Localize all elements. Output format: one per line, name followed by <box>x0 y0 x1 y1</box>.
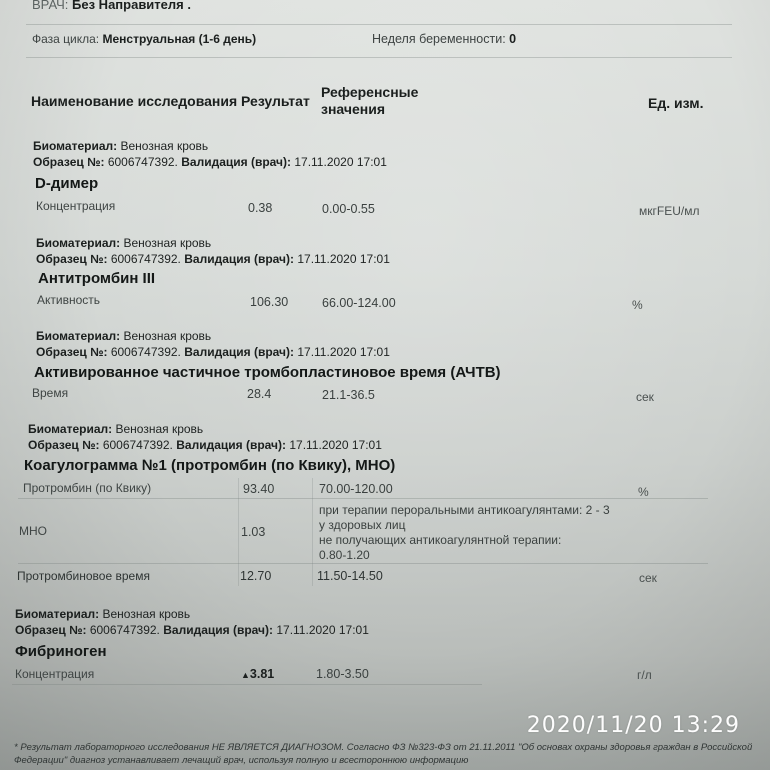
section-meta: Биоматериал: Венозная кровь Образец №: 6… <box>15 606 369 638</box>
column-header-reference: Референсные значения <box>321 84 441 118</box>
section-meta: Биоматериал: Венозная кровь Образец №: 6… <box>36 235 390 267</box>
arrow-up-icon: ▲ <box>241 670 250 680</box>
validation-value: 17.11.2020 17:01 <box>289 438 382 452</box>
sample-label: Образец №: <box>15 623 86 637</box>
cycle-phase: Фаза цикла: Менструальная (1-6 день) <box>32 32 256 46</box>
validation-label: Валидация (врач): <box>176 438 286 452</box>
disclaimer: * Результат лабораторного исследования Н… <box>14 741 754 767</box>
row-result: 93.40 <box>243 482 274 496</box>
row-result-flagged: ▲3.81 <box>241 667 274 681</box>
reference-line: при терапии пероральными антикоагулянтам… <box>319 503 659 518</box>
row-result: 0.38 <box>248 201 272 215</box>
divider <box>18 563 708 564</box>
validation-value: 17.11.2020 17:01 <box>294 155 387 169</box>
divider <box>18 498 708 499</box>
biomaterial-value: Венозная кровь <box>123 329 211 343</box>
doctor-label: ВРАЧ: <box>32 0 68 12</box>
biomaterial-label: Биоматериал: <box>15 607 99 621</box>
section-meta: Биоматериал: Венозная кровь Образец №: 6… <box>33 138 387 170</box>
reference-line: 0.80-1.20 <box>319 548 659 563</box>
sample-label: Образец №: <box>36 345 107 359</box>
validation-label: Валидация (врач): <box>184 252 294 266</box>
biomaterial-label: Биоматериал: <box>36 236 120 250</box>
row-reference-multiline: при терапии пероральными антикоагулянтам… <box>319 503 659 563</box>
row-reference: 11.50-14.50 <box>317 569 383 583</box>
test-title: D-димер <box>35 175 98 192</box>
row-unit: сек <box>636 390 654 404</box>
cycle-phase-label: Фаза цикла: <box>32 32 99 46</box>
row-reference: 0.00-0.55 <box>322 202 375 216</box>
row-unit: мкгFEU/мл <box>639 204 699 218</box>
row-name: Концентрация <box>36 199 115 213</box>
row-unit: г/л <box>637 668 652 682</box>
column-header-unit: Ед. изм. <box>648 95 703 111</box>
test-title: Фибриноген <box>15 643 107 660</box>
validation-value: 17.11.2020 17:01 <box>276 623 369 637</box>
pregnancy-week-value: 0 <box>509 32 516 46</box>
doctor-line: ВРАЧ: Без Направителя . <box>32 0 191 12</box>
row-unit: % <box>632 298 643 312</box>
photo-timestamp: 2020/11/20 13:29 <box>527 713 740 738</box>
validation-label: Валидация (врач): <box>184 345 294 359</box>
divider <box>12 684 482 685</box>
row-unit: % <box>638 485 649 499</box>
biomaterial-label: Биоматериал: <box>36 329 120 343</box>
row-unit: сек <box>639 571 657 585</box>
section-meta: Биоматериал: Венозная кровь Образец №: 6… <box>28 421 382 453</box>
biomaterial-value: Венозная кровь <box>120 139 208 153</box>
row-name: Протромбиновое время <box>17 569 150 583</box>
column-name-label: Наименование исследования <box>31 93 237 109</box>
row-result: 12.70 <box>240 569 271 583</box>
column-separator <box>238 478 239 586</box>
test-title: Антитромбин III <box>38 270 155 287</box>
column-header-name: Наименование исследования Результат <box>31 93 310 109</box>
biomaterial-value: Венозная кровь <box>123 236 211 250</box>
sample-label: Образец №: <box>36 252 107 266</box>
test-title: Активированное частичное тромбопластинов… <box>34 364 501 381</box>
divider <box>26 24 732 25</box>
validation-value: 17.11.2020 17:01 <box>297 252 390 266</box>
sample-value: 6006747392. <box>111 252 181 266</box>
row-name: Время <box>32 386 68 400</box>
pregnancy-week-label: Неделя беременности: <box>372 32 506 46</box>
sample-value: 6006747392. <box>108 155 178 169</box>
column-result-label: Результат <box>241 93 310 109</box>
pregnancy-week: Неделя беременности: 0 <box>372 32 516 46</box>
sample-label: Образец №: <box>28 438 99 452</box>
row-name: Активность <box>37 293 100 307</box>
row-reference: 21.1-36.5 <box>322 388 375 402</box>
sample-value: 6006747392. <box>111 345 181 359</box>
row-name: Концентрация <box>15 667 94 681</box>
reference-line: у здоровых лиц <box>319 518 659 533</box>
row-result: 106.30 <box>250 295 288 309</box>
sample-value: 6006747392. <box>103 438 173 452</box>
result-value: 3.81 <box>250 667 274 681</box>
row-result: 1.03 <box>241 525 265 539</box>
doctor-value: Без Направителя . <box>72 0 191 12</box>
biomaterial-value: Венозная кровь <box>115 422 203 436</box>
validation-label: Валидация (врач): <box>181 155 291 169</box>
column-separator <box>312 478 313 586</box>
divider <box>26 57 732 58</box>
test-title: Коагулограмма №1 (протромбин (по Квику),… <box>24 457 395 474</box>
biomaterial-label: Биоматериал: <box>33 139 117 153</box>
row-reference: 70.00-120.00 <box>319 482 393 496</box>
row-reference: 1.80-3.50 <box>316 667 369 681</box>
validation-value: 17.11.2020 17:01 <box>297 345 390 359</box>
section-meta: Биоматериал: Венозная кровь Образец №: 6… <box>36 328 390 360</box>
reference-line: не получающих антикоагулянтной терапии: <box>319 533 659 548</box>
row-name: МНО <box>19 524 47 538</box>
row-result: 28.4 <box>247 387 271 401</box>
sample-value: 6006747392. <box>90 623 160 637</box>
row-reference: 66.00-124.00 <box>322 296 396 310</box>
validation-label: Валидация (врач): <box>163 623 273 637</box>
sample-label: Образец №: <box>33 155 104 169</box>
cycle-phase-value: Менструальная (1-6 день) <box>103 32 257 46</box>
biomaterial-label: Биоматериал: <box>28 422 112 436</box>
row-name: Протромбин (по Квику) <box>23 481 151 495</box>
biomaterial-value: Венозная кровь <box>102 607 190 621</box>
